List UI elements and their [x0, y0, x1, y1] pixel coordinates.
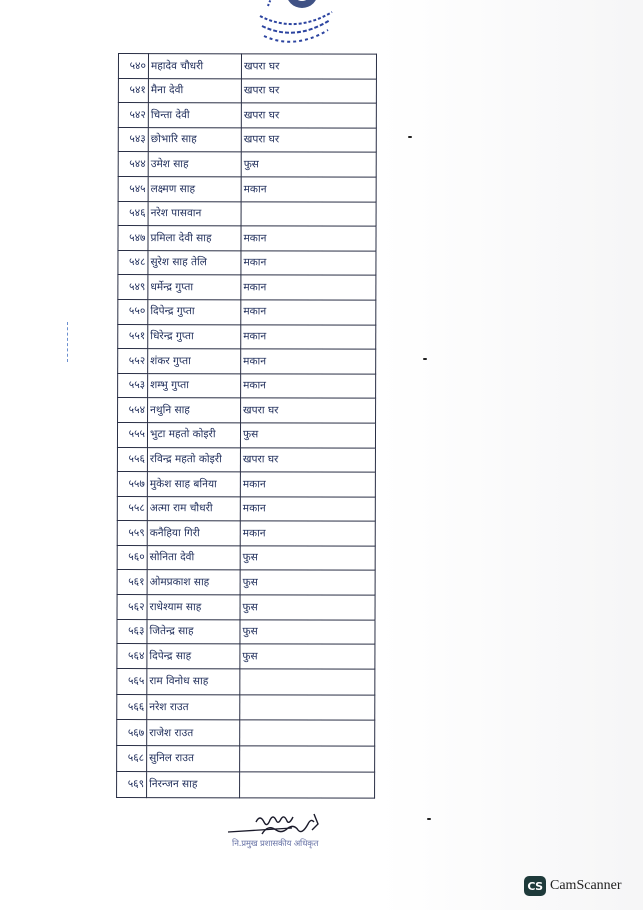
house-type-cell	[240, 669, 375, 695]
office-stamp	[250, 0, 340, 50]
table-row: ५६३ जितेन्द्र साह फुस	[117, 619, 375, 644]
name-cell: राम विनोध साह	[147, 668, 240, 694]
house-type-cell	[241, 201, 376, 226]
name-cell: मैना देवी	[148, 78, 241, 103]
household-register-table: ५४० महादेव चौधरी खपरा घर ५४१ मैना देवी ख…	[116, 53, 377, 799]
table-row: ५४६ नरेश पासवान	[118, 201, 376, 226]
house-type-cell: मकान	[240, 521, 375, 546]
name-cell: छोभारि साह	[148, 127, 241, 152]
scan-speck	[408, 136, 412, 138]
name-cell: चिन्ता देवी	[148, 103, 241, 128]
serial-number-cell: ५४८	[118, 250, 148, 275]
house-type-cell	[240, 746, 375, 772]
name-cell: धर्मेन्द्र गुप्ता	[148, 275, 241, 300]
name-cell: राजेश राउत	[147, 720, 240, 746]
serial-number-cell: ५५९	[117, 521, 147, 546]
table-row: ५६४ दिपेन्द्र साह फुस	[117, 644, 375, 669]
name-cell: ओमप्रकाश साह	[147, 570, 240, 595]
house-type-cell: फुस	[241, 152, 376, 177]
name-cell: महादेव चौधरी	[148, 54, 241, 79]
table-row: ५५८ अत्मा राम चौधरी मकान	[117, 496, 375, 521]
name-cell: लक्ष्मण साह	[148, 177, 241, 202]
serial-number-cell: ५४६	[118, 201, 148, 226]
serial-number-cell: ५६३	[117, 619, 147, 644]
table-row: ५५१ धिरेन्द्र गुप्ता मकान	[118, 324, 376, 349]
serial-number-cell: ५६६	[117, 694, 147, 720]
name-cell: नरेश पासवान	[148, 201, 241, 226]
serial-number-cell: ५४७	[118, 226, 148, 251]
serial-number-cell: ५६४	[117, 644, 147, 669]
table-row: ५६७ राजेश राउत	[117, 720, 375, 746]
table-row: ५६८ सुनिल राउत	[117, 746, 375, 772]
house-type-cell	[240, 720, 375, 746]
house-type-cell: खपरा घर	[241, 398, 376, 423]
table-row: ५५६ रविन्द्र महतो कोइरी खपरा घर	[117, 447, 375, 472]
house-type-cell: फुस	[240, 595, 375, 620]
camscanner-logo-icon: CS	[524, 876, 546, 896]
house-type-cell: मकान	[241, 226, 376, 251]
table-row: ५५५ भुटा महतो कोइरी फुस	[117, 422, 375, 447]
stamp-seal-icon	[250, 0, 340, 50]
table-row: ५४३ छोभारि साह खपरा घर	[118, 127, 376, 152]
table-row: ५६५ राम विनोध साह	[117, 668, 375, 694]
name-cell: नरेश राउत	[147, 694, 240, 720]
house-type-cell: फुस	[240, 644, 375, 669]
table-row: ५६९ निरन्जन साह	[117, 772, 375, 798]
scan-speck	[423, 358, 427, 360]
house-type-cell: मकान	[240, 497, 375, 522]
table-row: ५४७ प्रमिला देवी साह मकान	[118, 226, 376, 251]
table-row: ५५४ नथुनि साह खपरा घर	[118, 398, 376, 423]
house-type-cell: मकान	[241, 177, 376, 202]
table-row: ५५७ मुकेश साह बनिया मकान	[117, 472, 375, 497]
house-type-cell: मकान	[241, 374, 376, 399]
house-type-cell: मकान	[240, 472, 375, 497]
serial-number-cell: ५४५	[118, 176, 148, 201]
house-type-cell: फुस	[240, 619, 375, 644]
serial-number-cell: ५६०	[117, 545, 147, 570]
scan-edge-mark	[67, 322, 69, 362]
serial-number-cell: ५६८	[117, 746, 147, 772]
name-cell: सोनिता देवी	[147, 545, 240, 570]
serial-number-cell: ५४०	[118, 54, 148, 79]
serial-number-cell: ५६५	[117, 668, 147, 694]
serial-number-cell: ५५८	[117, 496, 147, 521]
table-row: ५४८ सुरेश साह तेलि मकान	[118, 250, 376, 275]
serial-number-cell: ५६७	[117, 720, 147, 746]
name-cell: जितेन्द्र साह	[147, 619, 240, 644]
house-type-cell: मकान	[241, 349, 376, 374]
table-row: ५५९ कनैहिया गिरी मकान	[117, 521, 375, 546]
name-cell: दिपेन्द्र गुप्ता	[148, 300, 241, 325]
serial-number-cell: ५६१	[117, 570, 147, 595]
table-row: ५६६ नरेश राउत	[117, 694, 375, 720]
name-cell: निरन्जन साह	[147, 772, 240, 798]
name-cell: राधेश्याम साह	[147, 595, 240, 620]
name-cell: नथुनि साह	[148, 398, 241, 423]
serial-number-cell: ५४९	[118, 275, 148, 300]
camscanner-label: CamScanner	[550, 878, 622, 894]
serial-number-cell: ५५४	[118, 398, 148, 423]
table-row: ५४१ मैना देवी खपरा घर	[118, 78, 376, 103]
name-cell: अत्मा राम चौधरी	[147, 496, 240, 521]
house-type-cell: खपरा घर	[241, 128, 376, 153]
house-type-cell: खपरा घर	[241, 78, 376, 103]
table-row: ५६२ राधेश्याम साह फुस	[117, 595, 375, 620]
name-cell: कनैहिया गिरी	[147, 521, 240, 546]
house-type-cell: खपरा घर	[240, 447, 375, 472]
table-row: ५५० दिपेन्द्र गुप्ता मकान	[118, 299, 376, 324]
table-row: ५४० महादेव चौधरी खपरा घर	[118, 54, 376, 79]
serial-number-cell: ५५०	[118, 299, 148, 324]
serial-number-cell: ५४४	[118, 152, 148, 177]
name-cell: सुरेश साह तेलि	[148, 250, 241, 275]
table-row: ५५३ शम्भु गुप्ता मकान	[118, 373, 376, 398]
name-cell: प्रमिला देवी साह	[148, 226, 241, 251]
table-row: ५४४ उमेश साह फुस	[118, 152, 376, 177]
table-row: ५४५ लक्ष्मण साह मकान	[118, 176, 376, 201]
name-cell: उमेश साह	[148, 152, 241, 177]
serial-number-cell: ५५७	[117, 472, 147, 497]
house-type-cell: फुस	[240, 546, 375, 571]
serial-number-cell: ५४१	[118, 78, 148, 103]
house-type-cell: फुस	[240, 423, 375, 448]
camscanner-watermark: CS CamScanner	[524, 876, 622, 896]
table-row: ५६१ ओमप्रकाश साह फुस	[117, 570, 375, 595]
name-cell: सुनिल राउत	[147, 746, 240, 772]
serial-number-cell: ५४३	[118, 127, 148, 152]
serial-number-cell: ५६२	[117, 595, 147, 620]
serial-number-cell: ५५१	[118, 324, 148, 349]
table-row: ५५२ शंकर गुप्ता मकान	[118, 349, 376, 374]
signature-scrawl-icon	[222, 808, 352, 858]
serial-number-cell: ५५५	[117, 422, 147, 447]
name-cell: मुकेश साह बनिया	[147, 472, 240, 497]
house-type-cell	[240, 694, 375, 720]
table-row: ५४२ चिन्ता देवी खपरा घर	[118, 103, 376, 128]
table-row: ५४९ धर्मेन्द्र गुप्ता मकान	[118, 275, 376, 300]
name-cell: धिरेन्द्र गुप्ता	[148, 324, 241, 349]
house-type-cell: खपरा घर	[241, 54, 376, 79]
serial-number-cell: ५५३	[118, 373, 148, 398]
house-type-cell: खपरा घर	[241, 103, 376, 128]
house-type-cell: मकान	[241, 300, 376, 325]
name-cell: शम्भु गुप्ता	[148, 373, 241, 398]
serial-number-cell: ५५२	[118, 349, 148, 374]
name-cell: रविन्द्र महतो कोइरी	[147, 447, 240, 472]
table-row: ५६० सोनिता देवी फुस	[117, 545, 375, 570]
page-shadow	[380, 0, 643, 910]
name-cell: दिपेन्द्र साह	[147, 644, 240, 669]
house-type-cell: मकान	[241, 324, 376, 349]
house-type-cell: फुस	[240, 570, 375, 595]
name-cell: भुटा महतो कोइरी	[147, 422, 240, 447]
serial-number-cell: ५६९	[117, 772, 147, 798]
signature-caption: नि.प्रमुख प्रशासकीय अधिकृत	[232, 838, 318, 849]
scan-speck	[427, 818, 431, 820]
house-type-cell: मकान	[241, 251, 376, 276]
name-cell: शंकर गुप्ता	[148, 349, 241, 374]
serial-number-cell: ५५६	[117, 447, 147, 472]
house-type-cell	[240, 772, 375, 798]
signature	[222, 808, 352, 858]
serial-number-cell: ५४२	[118, 103, 148, 128]
house-type-cell: मकान	[241, 275, 376, 300]
